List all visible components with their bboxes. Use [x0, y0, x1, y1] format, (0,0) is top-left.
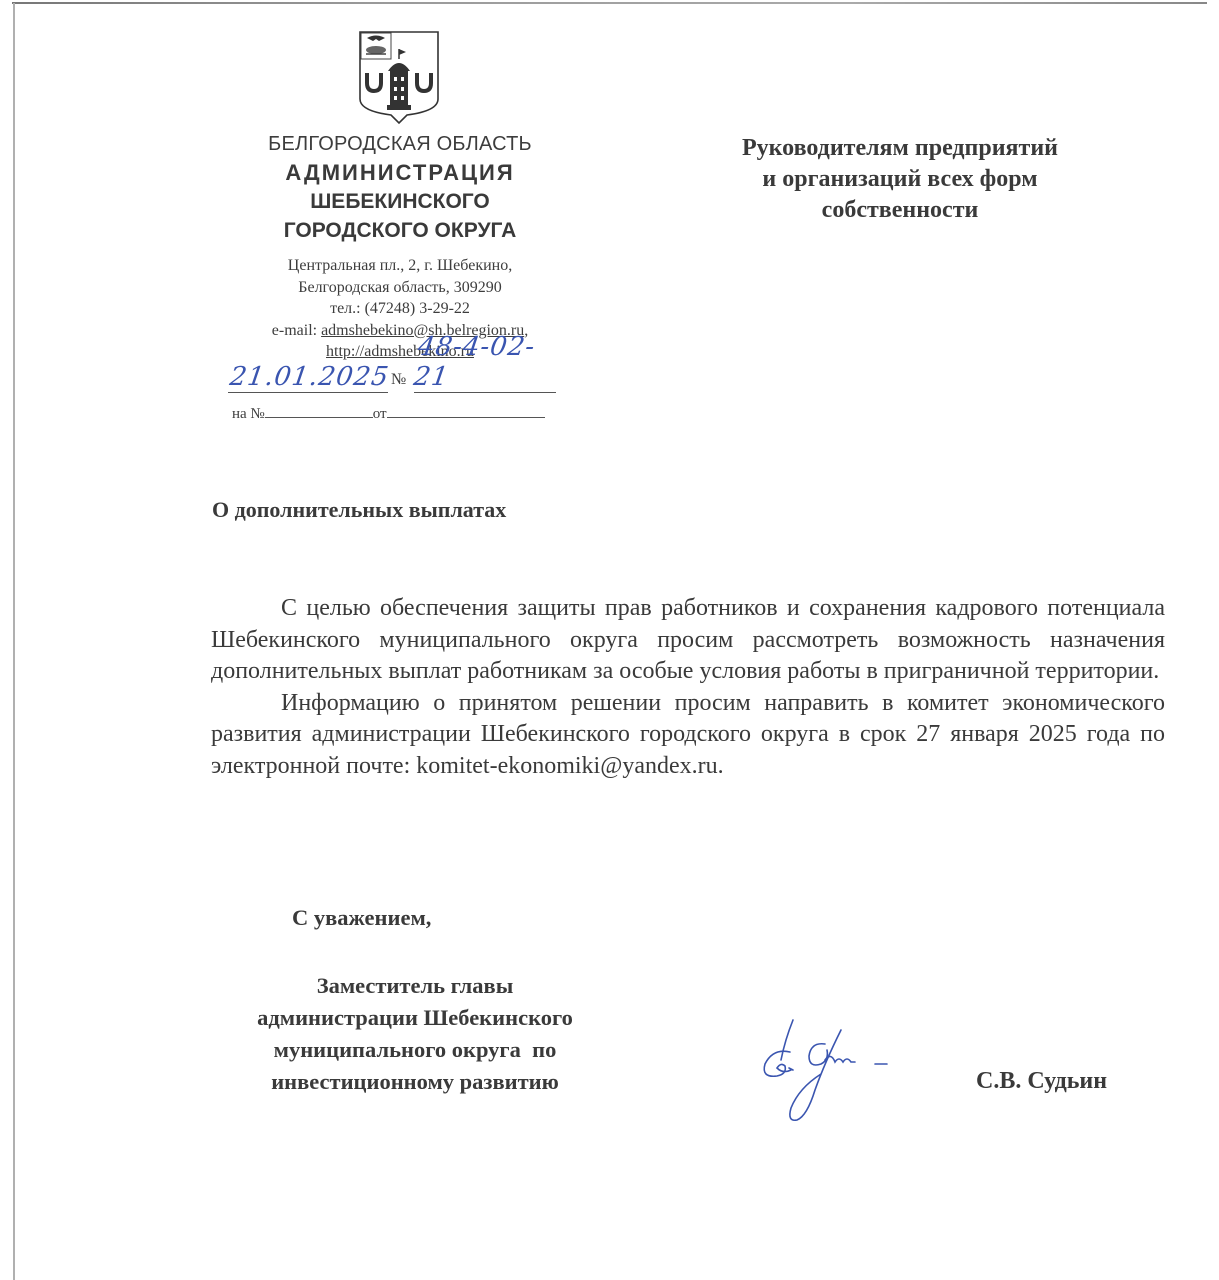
- letterhead: БЕЛГОРОДСКАЯ ОБЛАСТЬ АДМИНИСТРАЦИЯ ШЕБЕК…: [220, 130, 580, 363]
- registration-number-field: 48-4-02-21: [414, 360, 556, 393]
- letterhead-region: БЕЛГОРОДСКАЯ ОБЛАСТЬ: [220, 130, 580, 158]
- letter-subject: О дополнительных выплатах: [212, 497, 506, 523]
- signatory-title-line2: администрации Шебекинского: [210, 1002, 620, 1034]
- registration-number: 48-4-02-21: [412, 332, 560, 392]
- registration-number-label: №: [391, 371, 406, 389]
- registration-line: 21.01.2025 № 48-4-02-21: [228, 360, 560, 396]
- letterhead-org-line1: ШЕБЕКИНСКОГО: [220, 187, 580, 216]
- address-line2: Белгородская область, 309290: [220, 277, 580, 299]
- signer-name: С.В. Судьин: [976, 1068, 1107, 1095]
- registration-date-field: 21.01.2025: [228, 360, 388, 393]
- letter-body: С целью обеспечения защиты прав работник…: [211, 593, 1165, 782]
- body-paragraph-1: С целью обеспечения защиты прав работник…: [211, 593, 1165, 688]
- reference-number-blank: [265, 403, 373, 418]
- addressee-line1: Руководителям предприятий: [700, 133, 1100, 164]
- coat-of-arms-icon: [357, 29, 441, 125]
- body-paragraph-2: Информацию о принятом решении просим нап…: [211, 688, 1165, 783]
- signatory-title-line4: инвестиционному развитию: [210, 1066, 620, 1098]
- reference-from-label: от: [373, 406, 387, 422]
- address-line1: Центральная пл., 2, г. Шебекино,: [220, 255, 580, 277]
- phone: тел.: (47248) 3-29-22: [220, 298, 580, 320]
- reference-number-label: на №: [232, 406, 265, 422]
- scan-edge-left: [13, 3, 15, 1280]
- signatory-title: Заместитель главы администрации Шебекинс…: [210, 970, 620, 1098]
- addressee: Руководителям предприятий и организаций …: [700, 133, 1100, 226]
- addressee-line2: и организаций всех форм: [700, 164, 1100, 195]
- registration-date: 21.01.2025: [228, 362, 391, 392]
- letterhead-admin: АДМИНИСТРАЦИЯ: [220, 158, 580, 187]
- signatory-title-line3: муниципального округа по: [210, 1034, 620, 1066]
- reference-date-blank: [387, 403, 545, 418]
- letterhead-org-line2: ГОРОДСКОГО ОКРУГА: [220, 216, 580, 245]
- signatory-title-line1: Заместитель главы: [210, 970, 620, 1002]
- reference-line: на №от: [232, 403, 562, 423]
- email-label: e-mail:: [272, 322, 321, 339]
- closing: С уважением,: [292, 905, 431, 931]
- scan-edge-top: [12, 2, 1207, 4]
- addressee-line3: собственности: [700, 195, 1100, 226]
- handwritten-signature-icon: [755, 1012, 905, 1127]
